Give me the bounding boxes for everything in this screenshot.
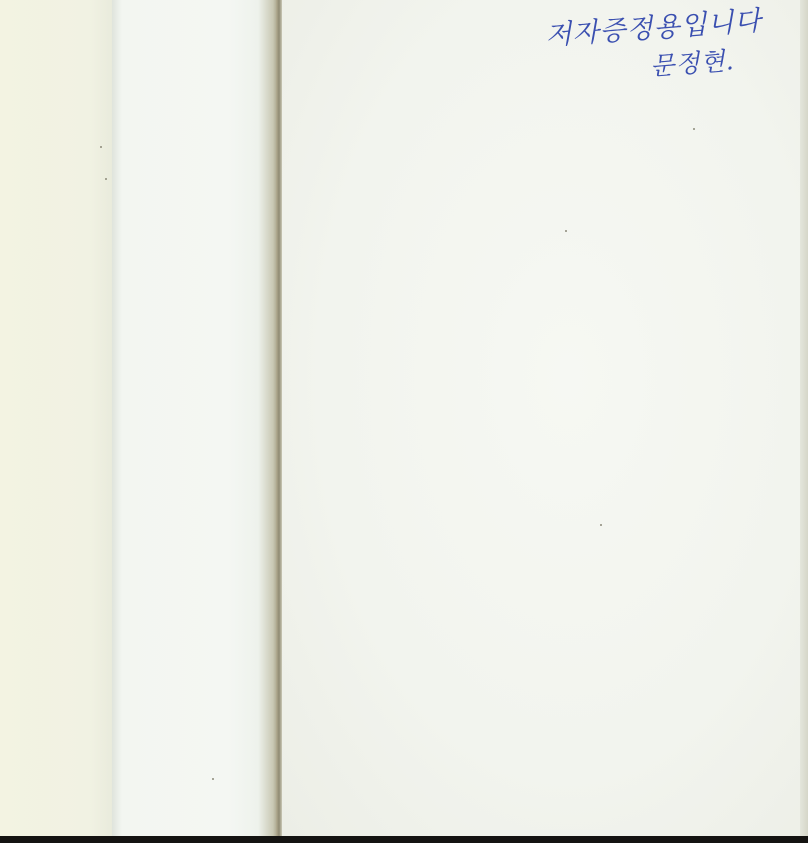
paper-speck <box>212 778 214 780</box>
inscription-signature: 문정현. <box>649 41 736 83</box>
paper-speck <box>693 128 695 130</box>
left-page <box>112 0 278 838</box>
scanner-bottom-edge <box>0 836 808 843</box>
book-scan: 저자증정용입니다 문정현. <box>0 0 808 838</box>
paper-speck <box>100 146 102 148</box>
paper-speck <box>600 524 602 526</box>
right-page <box>282 0 802 838</box>
paper-speck <box>565 230 567 232</box>
left-page-edge <box>0 0 112 838</box>
right-page-edge <box>800 0 808 838</box>
paper-speck <box>105 178 107 180</box>
